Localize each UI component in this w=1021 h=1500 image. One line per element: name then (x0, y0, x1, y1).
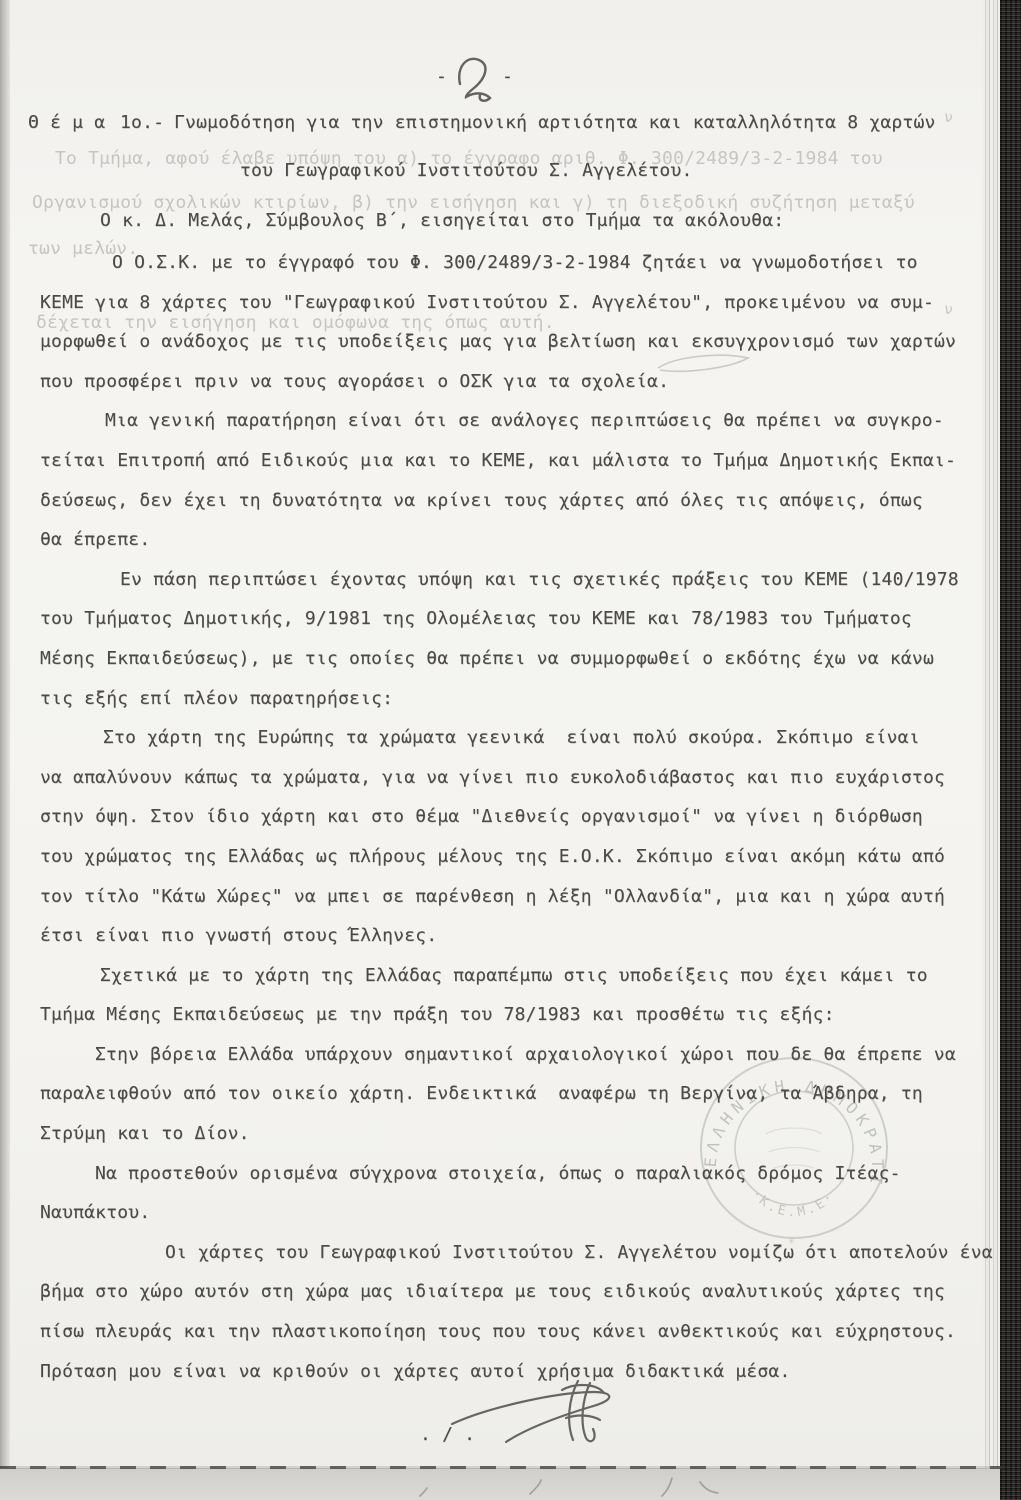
handwritten-page-number-2 (452, 52, 498, 106)
text-line: Σχετικά με το χάρτη της Ελλάδας παραπέμπ… (0, 965, 1002, 1005)
text-line: παραλειφθούν από τον οικείο χάρτη. Ενδει… (0, 1083, 1002, 1123)
subject-number: 1ο.- (120, 112, 164, 134)
paragraph: Εν πάση περιπτώσει έχοντας υπόψη και τις… (0, 569, 1002, 727)
document-body: Ο Ο.Σ.Κ. με το έγγραφό του Φ. 300/2489/3… (0, 252, 1002, 1400)
text-line: του Τμήματος Δημοτικής, 9/1981 της Ολομέ… (0, 608, 1002, 648)
page-number-left-dash: - (436, 66, 447, 88)
intro-line: Ο κ. Δ. Μελάς, Σύμβουλος Β΄, εισηγείται … (100, 210, 784, 232)
text-line: Τμήμα Μέσης Εκπαιδεύσεως με την πράξη το… (0, 1004, 1002, 1044)
text-line: Μέσης Εκπαιδεύσεως), με τις οποίες θα πρ… (0, 648, 1002, 688)
text-line: τείται Επιτροπή από Ειδικούς μια και το … (0, 450, 1002, 490)
page-number-right-dash: - (502, 66, 513, 88)
paragraph: Οι χάρτες του Γεωγραφικού Ινστιτούτου Σ.… (0, 1242, 1002, 1400)
text-line: να απαλύνουν κάπως τα χρώματα, για να γί… (0, 767, 1002, 807)
text-line: τον τίτλο "Κάτω Χώρες" να μπει σε παρένθ… (0, 886, 1002, 926)
text-line: του χρώματος της Ελλάδας ως πλήρους μέλο… (0, 846, 1002, 886)
paragraph: Ο Ο.Σ.Κ. με το έγγραφό του Φ. 300/2489/3… (0, 252, 1002, 410)
text-line: Εν πάση περιπτώσει έχοντας υπόψη και τις… (0, 569, 1002, 609)
paragraph: Στο χάρτη της Ευρώπης τα χρώματα γεενικά… (0, 727, 1002, 965)
paragraph: Σχετικά με το χάρτη της Ελλάδας παραπέμπ… (0, 965, 1002, 1044)
signature (438, 1378, 628, 1458)
subject-label: Θ έ μ α (28, 112, 105, 134)
bottom-strip-marks (380, 1472, 820, 1500)
paragraph: Να προστεθούν ορισμένα σύγχρονα στοιχεία… (0, 1163, 1002, 1242)
text-line: Στρύμη και το Δίον. (0, 1123, 1002, 1163)
scanner-dark-strip (1000, 0, 1021, 1500)
text-line: βήμα στο χώρο αυτόν στη χώρα μας ιδιαίτε… (0, 1281, 1002, 1321)
text-line: Στο χάρτη της Ευρώπης τα χρώματα γεενικά… (0, 727, 1002, 767)
text-line: Οι χάρτες του Γεωγραφικού Ινστιτούτου Σ.… (0, 1242, 1002, 1282)
page-bottom-edge (0, 1466, 1002, 1469)
paragraph: Στην βόρεια Ελλάδα υπάρχουν σημαντικοί α… (0, 1044, 1002, 1163)
text-line: μορφωθεί ο ανάδοχος με τις υποδείξεις μα… (0, 331, 1002, 371)
text-line: θα έπρεπε. (0, 529, 1002, 569)
text-line: στην όψη. Στον ίδιο χάρτη και στο θέμα "… (0, 806, 1002, 846)
text-line: Ο Ο.Σ.Κ. με το έγγραφό του Φ. 300/2489/3… (0, 252, 1002, 292)
text-line: ΚΕΜΕ για 8 χάρτες του "Γεωγραφικού Ινστι… (0, 292, 1002, 332)
scanned-document: { "colors":{"paper":"#f4f3f0","ink":"#4b… (0, 0, 1021, 1500)
text-line: Να προστεθούν ορισμένα σύγχρονα στοιχεία… (0, 1163, 1002, 1203)
text-line: δεύσεως, δεν έχει τη δυνατότητα να κρίνε… (0, 490, 1002, 530)
text-line: έτσι είναι πιο γνωστή στους Έλληνες. (0, 925, 1002, 965)
text-line: Ναυπάκτου. (0, 1202, 1002, 1242)
text-line: τις εξής επί πλέον παρατηρήσεις: (0, 688, 1002, 728)
text-line: πίσω πλευράς και την πλαστικοποίηση τους… (0, 1321, 1002, 1361)
subject-line-2: του Γεωγραφικού Ινστιτούτου Σ. Αγγελέτου… (240, 160, 693, 182)
text-line: Στην βόρεια Ελλάδα υπάρχουν σημαντικοί α… (0, 1044, 1002, 1084)
text-line: Μια γενική παρατήρηση είναι ότι σε ανάλο… (0, 410, 1002, 450)
text-line: που προσφέρει πριν να τους αγοράσει ο ΟΣ… (0, 371, 1002, 411)
paragraph: Μια γενική παρατήρηση είναι ότι σε ανάλο… (0, 410, 1002, 568)
subject-line-1: Γνωμοδότηση για την επιστημονική αρτιότη… (174, 112, 936, 134)
